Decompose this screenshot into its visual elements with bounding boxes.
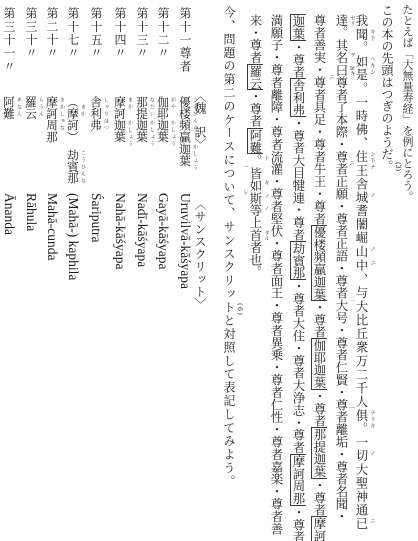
ordinal-cell: 第二十〃: [42, 7, 62, 60]
table-row: 第十七〃 （摩訶） まか 劫賓那こうひんな (Mahā-) kaphila: [63, 0, 83, 541]
reading-annotation: あなん: [16, 97, 22, 118]
text-segment: 首タル: [248, 229, 263, 241]
ordinal-cell: 第十一尊者: [175, 7, 195, 73]
reading-annotation: まか: [80, 97, 86, 118]
text-segment: ・尊者: [312, 479, 327, 516]
intro-line-1: たとえば「大無量寿経」を例にとろう。: [397, 4, 417, 202]
sutra-line-4: 迦葉・尊者舎利弗・尊者大目犍連・尊者劫賓那・尊者大住・尊者大浄志・尊者摩訶周那・…: [288, 14, 308, 541]
text-segment: ・尊者: [312, 301, 327, 338]
chinese-name-cell: （摩訶） まか 劫賓那こうひんな: [63, 96, 83, 184]
text-segment: たとえば「大無量寿経」を例にとろう。: [401, 4, 414, 202]
text-segment: 已ニ: [354, 517, 369, 531]
text-segment: 耆闍崛: [354, 204, 369, 245]
text-segment: 其: [334, 39, 349, 51]
text-segment: 聞キ下: [354, 28, 369, 42]
text-segment: 名ヲ: [334, 51, 349, 63]
text-segment: 中ニ: [354, 259, 369, 273]
reading-annotation: ニ: [369, 260, 375, 267]
reading-annotation: がや: [170, 97, 176, 111]
chinese-name-cell: 摩訶周那まかしゅな: [42, 96, 62, 143]
text-segment: （摩訶） まか: [66, 96, 80, 137]
sidelined-name: 迦葉: [290, 14, 306, 41]
reading-annotation: らうん: [38, 97, 44, 118]
footnote-marker: (6): [236, 303, 243, 316]
reading-annotation: ナリキ: [369, 410, 375, 430]
text-segment: 。(3): [380, 160, 394, 172]
text-segment: 等ノ: [248, 204, 263, 216]
text-segment: 曰ヒキニ: [334, 64, 349, 76]
reading-annotation: ヒキ: [349, 65, 355, 76]
sidelined-name: 舎利弗: [290, 78, 306, 117]
text-segment: 摩訶周那まかしゅな: [45, 96, 59, 143]
reading-annotation: キ下: [369, 29, 375, 42]
sanskrit-name-cell: (Mahā-) kaphila: [63, 193, 83, 280]
chinese-name-cell: 羅云らうん: [21, 96, 41, 119]
sidelined-name: 阿難: [247, 128, 263, 155]
text-segment: 。: [354, 82, 369, 96]
intro-line-2: この本の先頭はつぎのようだ。(3): [377, 4, 397, 172]
text-segment: 羅云らうん: [24, 96, 38, 119]
text-segment: 達セリ: [334, 14, 349, 26]
sutra-line-2: 達セリ。其名ヲ曰ヒキニ尊者了本際・尊者正願・尊者正語・尊者大号・尊者仁賢・尊者離…: [331, 14, 351, 522]
sanskrit-name-cell: Gayā-kāśyapa: [153, 193, 173, 269]
text-segment: 住シ下テニ: [354, 150, 369, 164]
book-page: たとえば「大無量寿経」を例にとろう。 この本の先頭はつぎのようだ。(3) 我聞キ…: [0, 0, 418, 541]
reading-annotation: かしょう: [127, 120, 133, 148]
text-segment: ・尊者: [291, 41, 306, 78]
text-segment: 摩訶まか: [113, 96, 127, 119]
chinese-name-cell: 那提なだい迦葉かしょう: [132, 96, 152, 143]
table-row: 第十二〃 伽耶がや迦葉かしょう Gayā-kāśyapa: [153, 0, 173, 541]
text-segment: 王舎: [354, 164, 369, 191]
text-segment: 舎利弗しゃりほつ: [89, 96, 103, 131]
ordinal-cell: 第三十〃: [21, 7, 41, 60]
footnote-marker: (3): [394, 162, 401, 171]
text-segment: 。: [334, 26, 349, 38]
reading-annotation: ノ: [369, 450, 375, 457]
chinese-name-cell: 舎利弗しゃりほつ: [86, 96, 106, 131]
text-segment: 切ノ: [354, 449, 369, 463]
reading-annotation: しゃりほつ: [103, 97, 109, 132]
table-row: 第十五〃 舎利弗しゃりほつ Śariputra: [86, 0, 106, 541]
text-segment: 。: [354, 422, 369, 436]
ordinal-cell: 第十五〃: [86, 7, 106, 60]
sidelined-name: 伽耶迦葉: [311, 338, 327, 390]
text-segment: 者也。: [248, 241, 263, 278]
text-segment: [66, 137, 80, 149]
text-segment: 迦葉かしょう: [178, 143, 192, 166]
sidelined-name: 優楼頻贏迦葉: [311, 225, 327, 301]
reading-annotation: ノ: [263, 193, 269, 199]
text-segment: 上: [248, 216, 263, 228]
sanskrit-name-cell: Uruvilvā-kāśyapa: [175, 193, 195, 289]
sanskrit-name-cell: Nahā-kāśyapa: [110, 193, 130, 269]
text-segment: 山ノ: [354, 245, 369, 259]
text-segment: 迦葉かしょう: [156, 119, 170, 142]
reading-annotation: ヲ: [349, 52, 355, 58]
sutra-line-5: 満願子・尊者離障・尊者流灌・尊者堅伏・尊者面王・尊者異乗・尊者仁性・尊者嘉楽・尊…: [266, 14, 286, 535]
text-segment: 是: [354, 68, 369, 82]
text-segment: 如ヘキシレ: [354, 55, 369, 69]
reading-annotation: ニ: [369, 518, 375, 525]
reading-annotation: まか: [127, 97, 133, 111]
transition-line: 今、問題の第二のケースについて、サンスクリット(6)と対照して表記してみよう。: [219, 6, 239, 488]
text-segment: 俱ナリキ: [354, 409, 369, 423]
text-segment: この本の先頭はつぎのようだ: [380, 4, 394, 160]
sidelined-name: 摩訶: [311, 516, 327, 541]
reading-annotation: うるびんら: [192, 97, 198, 132]
text-segment: ・尊者大住・尊者大浄志・尊者: [291, 280, 306, 454]
table-row: 第二十〃 摩訶周那まかしゅな Mahā-cunda: [42, 0, 62, 541]
text-segment: 大聖神通: [354, 463, 369, 517]
reading-annotation: ノ: [369, 192, 375, 199]
reading-annotation: セリ: [349, 15, 355, 26]
text-segment: 人一: [354, 395, 369, 409]
reading-annotation: こうひんな: [80, 150, 86, 185]
sanskrit-name-cell: Rāhula: [21, 193, 41, 231]
text-segment: ト(6): [222, 301, 236, 314]
table-row: 第三十〃 羅云らうん Rāhula: [21, 0, 41, 541]
table-row: 第十四〃 摩訶まか迦葉かしょう Nahā-kāśyapa: [110, 0, 130, 541]
text-segment: と対照して表記してみよう。: [222, 314, 236, 488]
reading-annotation: まかしゅな: [59, 97, 65, 132]
sidelined-name: 摩訶周那: [290, 454, 306, 506]
text-segment: 城ノ: [354, 191, 369, 205]
text-segment: 、: [354, 273, 369, 287]
text-segment: 尊者善実・尊者具足・尊者牛王・尊者: [312, 14, 327, 225]
text-segment: 優楼頻贏うるびんら: [178, 96, 192, 143]
text-segment: 来・尊者: [248, 14, 263, 64]
text-segment: 。: [354, 41, 369, 55]
text-segment: 尊者了本際・尊者正願・尊者正語・尊者大号・尊者仁賢・尊者離垢・尊者名聞・: [334, 76, 349, 522]
ordinal-cell: 第十四〃: [110, 7, 130, 60]
sanskrit-name-cell: Śariputra: [86, 193, 106, 243]
chinese-name-cell: 摩訶まか迦葉かしょう: [110, 96, 130, 143]
ordinal-cell: 第十七〃: [63, 7, 83, 60]
sanskrit-name-cell: Ānanda: [0, 193, 19, 235]
text-segment: ・尊者: [248, 90, 263, 127]
reading-annotation: かしょう: [170, 120, 176, 148]
text-segment: 如キレ: [248, 179, 263, 191]
text-segment: ・尊者: [312, 390, 327, 427]
text-segment: 迦葉かしょう: [135, 119, 149, 142]
reading-annotation: ト: [263, 155, 269, 161]
sidelined-name: 那提迦葉: [311, 427, 327, 479]
text-segment: 那提なだい: [135, 96, 149, 119]
sutra-line-1: 我聞キ下。如ヘキシレ是。一時佛、住シ下テニ王舎城ノ耆闍崛山ノ中ニ、与二大比丘衆万…: [351, 14, 371, 531]
text-segment: 劫賓那こうひんな: [66, 149, 80, 184]
sutra-line-3: 尊者善実・尊者具足・尊者牛王・尊者優楼頻贏迦葉・尊者伽耶迦葉・尊者那提迦葉・尊者…: [309, 14, 329, 541]
reading-annotation: シ下テ: [369, 151, 375, 171]
reading-annotation: かしょう: [149, 120, 155, 148]
sidelined-name: 劫賓那: [290, 241, 306, 280]
reading-annotation: ノ: [263, 205, 269, 211]
text-segment: 満願子・尊者離障・尊者流灌・尊者堅伏・尊者面王・尊者異乗・尊者仁性・尊者嘉楽・尊…: [269, 14, 284, 535]
sidelined-name: 羅云: [247, 64, 263, 91]
reading-annotation: タル: [263, 230, 269, 241]
text-segment: ・尊者大目犍連・尊者: [291, 117, 306, 241]
text-segment: 斯ノ: [248, 192, 263, 204]
text-segment: ・尊者: [291, 506, 306, 541]
chinese-name-cell: 伽耶がや迦葉かしょう: [153, 96, 173, 143]
sanskrit-name-cell: Nadī-kāśyapa: [132, 193, 152, 267]
reading-annotation: かしょう: [192, 144, 198, 172]
ordinal-cell: 第三十一〃: [0, 7, 19, 73]
text-segment: 迦葉かしょう: [113, 119, 127, 142]
text-segment: 皆: [248, 167, 263, 179]
chinese-name-cell: 優楼頻贏うるびんら迦葉かしょう: [175, 96, 195, 166]
reading-annotation: ノ: [369, 246, 375, 253]
text-segment: 我: [354, 14, 369, 28]
text-segment: 一: [354, 436, 369, 450]
text-segment: 大比丘衆万二千: [354, 300, 369, 395]
table-row: 第十一尊者 優楼頻贏うるびんら迦葉かしょう Uruvilvā-kāśyapa: [175, 0, 195, 541]
sutra-line-6: 来・尊者羅云・尊者阿難。ト一皆如キレ斯ノ等ノ上首タル者也。: [245, 14, 265, 278]
reading-annotation: なだい: [149, 97, 155, 118]
sanskrit-name-cell: Mahā-cunda: [42, 193, 62, 260]
text-segment: 伽耶がや: [156, 96, 170, 119]
text-segment: 今、問題の第二のケースについて、サンスクリッ: [222, 6, 236, 301]
chinese-name-cell: 阿難あなん: [0, 96, 19, 119]
table-row: 第三十一〃 阿難あなん Ānanda: [0, 0, 19, 541]
ordinal-cell: 第十二〃: [153, 7, 173, 60]
reading-annotation: ヘキシ: [369, 56, 375, 76]
text-segment: 与二: [354, 286, 369, 300]
text-segment: 一時佛、: [354, 96, 369, 150]
text-segment: 阿難あなん: [2, 96, 16, 119]
text-segment: 。ト一: [248, 154, 263, 166]
ordinal-cell: 第十三〃: [132, 7, 152, 60]
reading-annotation: キ: [263, 180, 269, 186]
table-row: 第十三〃 那提なだい迦葉かしょう Nadī-kāśyapa: [132, 0, 152, 541]
